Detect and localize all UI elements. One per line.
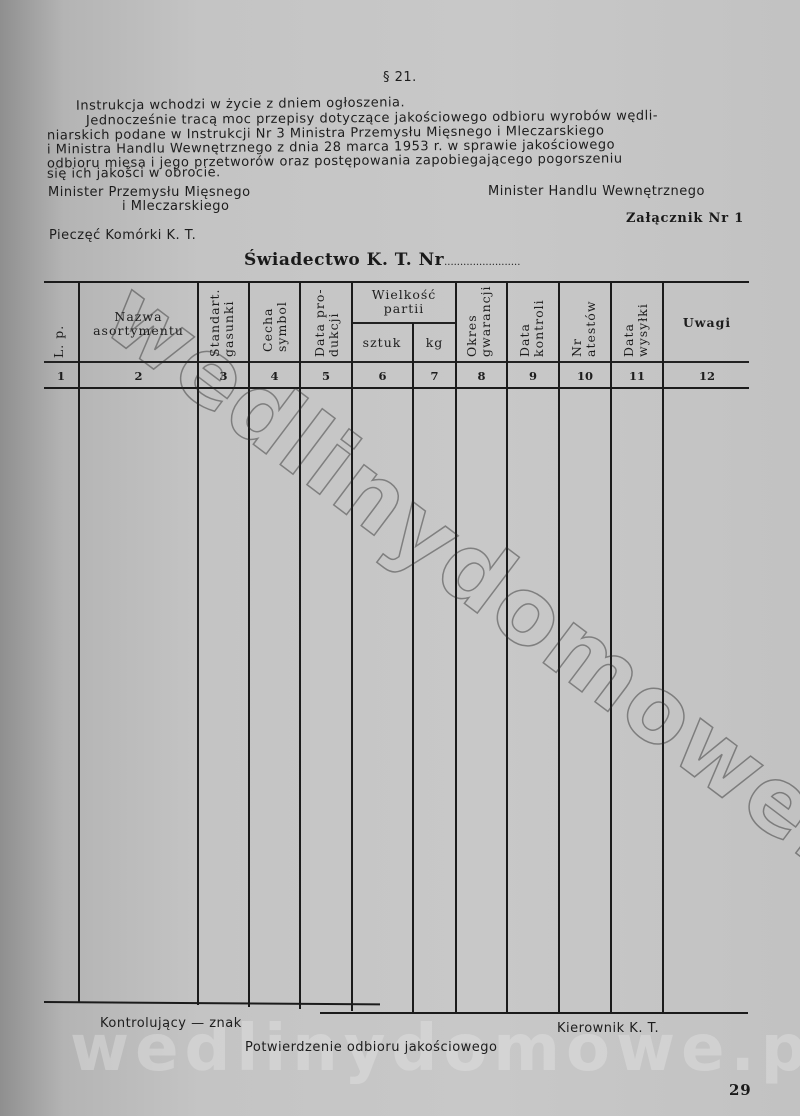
confirmation-label: Potwierdzenie odbioru jakościowego bbox=[245, 1040, 498, 1055]
controller-signature-label: Kontrolujący — znak bbox=[100, 1016, 242, 1031]
header-data-produkcji: Data pro- dukcji bbox=[313, 288, 340, 357]
header-data-kontroli: Data kontroli bbox=[518, 299, 545, 357]
column-divider bbox=[78, 283, 80, 1003]
watermark-diagonal: wedlinydomowe.pl bbox=[86, 260, 800, 948]
header-line: gwarancji bbox=[479, 285, 493, 357]
form-number-field[interactable]: ........................ bbox=[444, 257, 520, 268]
header-group-line1: Wielkość bbox=[352, 288, 456, 302]
header-line: kontroli bbox=[532, 299, 546, 357]
header-line: dukcji bbox=[327, 288, 341, 357]
table-bottom-border-left bbox=[44, 1001, 380, 1005]
header-line: Data bbox=[622, 303, 636, 357]
header-data-wysylki: Data wysyłki bbox=[622, 303, 649, 357]
paragraph-line: się ich jakości w obrocie. bbox=[47, 165, 221, 182]
header-uwagi: Uwagi bbox=[664, 316, 750, 330]
annex-label: Załącznik Nr 1 bbox=[626, 211, 744, 226]
page-number: 29 bbox=[729, 1081, 751, 1099]
column-number: 9 bbox=[508, 369, 558, 383]
header-line: Okres bbox=[465, 285, 479, 357]
header-line: wysyłki bbox=[636, 303, 650, 357]
header-line: Nr bbox=[570, 300, 584, 357]
column-number: 11 bbox=[612, 369, 662, 383]
header-okres-gwarancji: Okres gwarancji bbox=[465, 285, 492, 357]
header-cecha: Cecha symbol bbox=[261, 301, 288, 352]
group-divider bbox=[352, 322, 456, 324]
column-number: 10 bbox=[560, 369, 610, 383]
column-number: 6 bbox=[353, 369, 412, 383]
header-sztuk: sztuk bbox=[352, 336, 412, 350]
section-number: § 21. bbox=[383, 70, 417, 85]
column-divider bbox=[412, 323, 414, 1012]
signature-left-line2: i Mleczarskiego bbox=[122, 199, 229, 214]
form-title: Świadectwo K. T. Nr.....................… bbox=[244, 250, 520, 270]
column-number: 7 bbox=[414, 369, 455, 383]
column-divider bbox=[351, 283, 353, 1011]
manager-signature-label: Kierownik K. T. bbox=[557, 1021, 659, 1036]
signature-right: Minister Handlu Wewnętrznego bbox=[488, 184, 705, 199]
header-line: symbol bbox=[275, 301, 289, 352]
header-line: Data bbox=[518, 299, 532, 357]
header-lp: L. p. bbox=[52, 325, 66, 358]
stamp-label: Pieczęć Komórki K. T. bbox=[49, 228, 196, 243]
header-group-line2: partii bbox=[352, 302, 456, 316]
header-kg: kg bbox=[414, 336, 455, 350]
header-nr-atestow: Nr atestów bbox=[570, 300, 597, 357]
header-line: Data pro- bbox=[313, 288, 327, 357]
column-number: 1 bbox=[44, 369, 78, 383]
column-divider bbox=[455, 283, 457, 1012]
column-number: 12 bbox=[664, 369, 750, 383]
form-title-text: Świadectwo K. T. Nr bbox=[244, 250, 444, 270]
column-number: 8 bbox=[457, 369, 506, 383]
header-wielkosc-partii: Wielkość partii bbox=[352, 288, 456, 316]
signature-left-line1: Minister Przemysłu Mięsnego bbox=[48, 185, 251, 200]
header-line: atestów bbox=[584, 300, 598, 357]
